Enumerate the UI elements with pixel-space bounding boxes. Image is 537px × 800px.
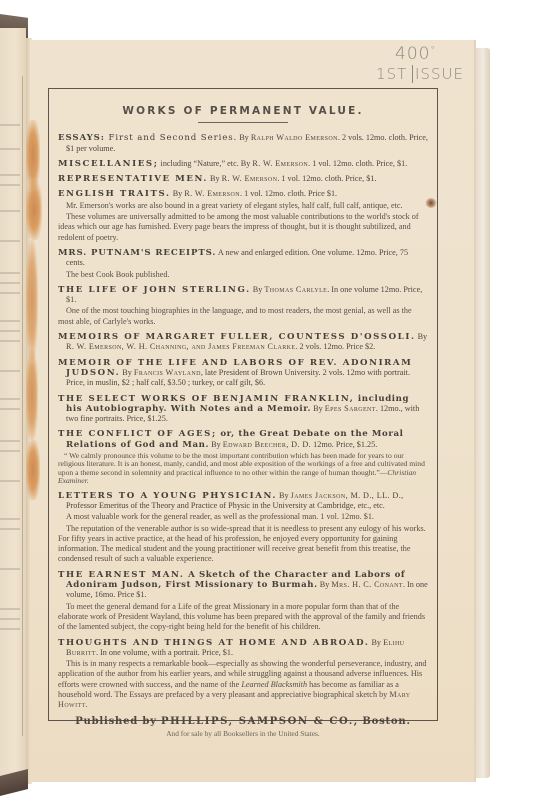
- page-title: WORKS OF PERMANENT VALUE.: [58, 106, 428, 116]
- entry-note: Mr. Emerson's works are also bound in a …: [58, 201, 428, 211]
- facing-text-fragment: [0, 320, 20, 322]
- entry-head: MEMOIR OF THE LIFE AND LABORS OF REV. AD…: [58, 358, 428, 389]
- facing-text-fragment: [0, 148, 20, 150]
- entry-head: REPRESENTATIVE MEN. By R. W. Emerson. 1 …: [58, 174, 428, 184]
- facing-text-fragment: [0, 408, 20, 410]
- entry-by: By: [208, 174, 222, 183]
- facing-text-fragment: [0, 440, 20, 442]
- facing-text-fragment: [0, 618, 20, 620]
- facing-text-fragment: [0, 608, 20, 610]
- facing-text-fragment: [0, 370, 20, 372]
- entry-head: THE LIFE OF JOHN STERLING. By Thomas Car…: [58, 285, 428, 306]
- gutter-stain: [26, 440, 40, 500]
- book-entry: THE SELECT WORKS OF BENJAMIN FRANKLIN, i…: [58, 394, 428, 425]
- entry-author: R. W. Emerson, W. H. Channing, and James…: [66, 342, 295, 351]
- facing-page-border: [22, 76, 23, 736]
- pencil-price-suffix: °: [430, 45, 436, 55]
- entry-head: THE SELECT WORKS OF BENJAMIN FRANKLIN, i…: [58, 394, 428, 425]
- entry-head: ESSAYS: First and Second Series. By Ralp…: [58, 133, 428, 154]
- entry-by: By: [311, 404, 325, 413]
- facing-text-fragment: [0, 174, 20, 176]
- book-entry: ESSAYS: First and Second Series. By Ralp…: [58, 133, 428, 154]
- entry-heading: MISCELLANIES;: [58, 159, 159, 169]
- entry-author: Ralph Waldo Emerson: [251, 133, 338, 142]
- entry-by: By: [209, 440, 223, 449]
- facing-text-fragment: [0, 480, 20, 482]
- entry-by: By: [120, 368, 134, 377]
- entry-author: R. W. Emerson: [222, 174, 278, 183]
- facing-text-fragment: [0, 330, 20, 332]
- entry-author: Edward Beecher, D. D.: [223, 440, 311, 449]
- entry-details: . 1 vol. 12mo. cloth. Price $1.: [240, 189, 337, 198]
- entry-head: THE EARNEST MAN. A Sketch of the Charact…: [58, 570, 428, 601]
- book-entry: THE CONFLICT OF AGES; or, the Great Deba…: [58, 429, 428, 485]
- book-entry: MISCELLANIES; including “Nature,” etc. B…: [58, 159, 428, 169]
- book-entry: REPRESENTATIVE MEN. By R. W. Emerson. 1 …: [58, 174, 428, 184]
- publisher-line: Published by PHILLIPS, SAMPSON & CO., Bo…: [58, 717, 428, 727]
- entry-heading: MEMOIRS OF MARGARET FULLER, COUNTESS D'O…: [58, 332, 416, 342]
- book-entry: MEMOIRS OF MARGARET FULLER, COUNTESS D'O…: [58, 332, 428, 353]
- entry-heading: MRS. PUTNAM'S RECEIPTS.: [58, 248, 216, 258]
- pencil-issue: ISSUE: [412, 65, 464, 83]
- entry-by: By: [251, 285, 265, 294]
- title-rule: [198, 122, 288, 123]
- publisher-prefix: Published by: [75, 716, 161, 727]
- facing-text-fragment: [0, 272, 20, 274]
- entry-head: ENGLISH TRAITS. By R. W. Emerson. 1 vol.…: [58, 189, 428, 199]
- entry-details: . 2 vols. 12mo. Price $2.: [295, 342, 375, 351]
- entry-note: One of the most touching biographies in …: [58, 306, 428, 327]
- pencil-price-note: 400°: [395, 44, 436, 64]
- publisher-suffix: , Boston.: [354, 716, 411, 727]
- entry-head: MISCELLANIES; including “Nature,” etc. B…: [58, 159, 428, 169]
- review-quote: “ We calmly pronounce this volume to be …: [58, 452, 428, 486]
- entry-by: By: [416, 332, 428, 341]
- note-italic: Learned Blacksmith: [241, 680, 307, 689]
- entry-head: THE CONFLICT OF AGES; or, the Great Deba…: [58, 429, 428, 450]
- entry-by: By: [239, 159, 253, 168]
- entry-author: James Jackson, M. D., LL. D.: [291, 491, 402, 500]
- book-entry: MRS. PUTNAM'S RECEIPTS. A new and enlarg…: [58, 248, 428, 280]
- facing-text-fragment: [0, 240, 20, 242]
- entry-note: To meet the general demand for a Life of…: [58, 602, 428, 633]
- entry-heading: THE LIFE OF JOHN STERLING.: [58, 285, 251, 295]
- entry-details: . In one volume, with a portrait. Price,…: [96, 648, 233, 657]
- entry-head: MEMOIRS OF MARGARET FULLER, COUNTESS D'O…: [58, 332, 428, 353]
- facing-text-fragment: [0, 184, 20, 186]
- facing-page-edge: [0, 28, 26, 780]
- entry-by: By: [277, 491, 291, 500]
- gutter-stain: [26, 350, 38, 440]
- entry-author: R. W. Emerson: [184, 189, 240, 198]
- entry-author: Mrs. H. C. Conant: [331, 580, 403, 589]
- gutter-stain: [26, 240, 38, 360]
- entry-details: . 1 vol. 12mo. cloth. Price, $1.: [277, 174, 376, 183]
- entry-heading: THE EARNEST MAN.: [58, 570, 185, 580]
- entry-author: Epes Sargent: [325, 404, 376, 413]
- entry-by: By: [171, 189, 185, 198]
- facing-text-fragment: [0, 124, 20, 126]
- entry-author: R. W. Emerson: [252, 159, 308, 168]
- entry-note: A most valuable work for the general rea…: [58, 512, 428, 522]
- facing-text-fragment: [0, 628, 20, 630]
- entry-subtitle: First and Second Series.: [105, 133, 237, 143]
- book-entry: THE EARNEST MAN. A Sketch of the Charact…: [58, 570, 428, 633]
- entry-heading: REPRESENTATIVE MEN.: [58, 174, 208, 184]
- book-entry: THE LIFE OF JOHN STERLING. By Thomas Car…: [58, 285, 428, 327]
- facing-text-fragment: [0, 210, 20, 212]
- entry-note: This is in many respects a remarkable bo…: [58, 659, 428, 710]
- entry-heading: THE SELECT WORKS OF BENJAMIN FRANKLIN,: [58, 394, 354, 404]
- entry-heading: THOUGHTS AND THINGS AT HOME AND ABROAD.: [58, 638, 369, 648]
- entry-author: Thomas Carlyle: [264, 285, 327, 294]
- entry-author: Francis Wayland: [134, 368, 201, 377]
- entry-note: These volumes are universally admitted t…: [58, 212, 428, 243]
- note-text: .: [86, 700, 88, 709]
- entry-details: . 1 vol. 12mo. cloth. Price, $1.: [308, 159, 407, 168]
- facing-text-fragment: [0, 450, 20, 452]
- entry-details: 12mo. Price, $1.25.: [311, 440, 377, 449]
- entry-note: The best Cook Book published.: [58, 270, 428, 280]
- entry-head: MRS. PUTNAM'S RECEIPTS. A new and enlarg…: [58, 248, 428, 269]
- advertisement-content: WORKS OF PERMANENT VALUE. ESSAYS: First …: [58, 100, 428, 739]
- entry-head: THOUGHTS AND THINGS AT HOME AND ABROAD. …: [58, 638, 428, 659]
- gutter-stain: [26, 180, 42, 240]
- entry-heading: THE CONFLICT OF AGES;: [58, 429, 217, 439]
- page-block-edges: [476, 48, 490, 778]
- facing-text-fragment: [0, 398, 20, 400]
- facing-text-fragment: [0, 282, 20, 284]
- entry-head: LETTERS TO A YOUNG PHYSICIAN. By James J…: [58, 491, 428, 512]
- entry-heading: ESSAYS:: [58, 133, 105, 143]
- entry-by: By: [237, 133, 251, 142]
- book-entry: THOUGHTS AND THINGS AT HOME AND ABROAD. …: [58, 638, 428, 711]
- pencil-price: 400: [395, 44, 430, 64]
- book-entry: MEMOIR OF THE LIFE AND LABORS OF REV. AD…: [58, 358, 428, 389]
- facing-text-fragment: [0, 528, 20, 530]
- publisher-name: PHILLIPS, SAMPSON & CO.: [161, 716, 354, 727]
- entry-note: The reputation of the venerable author i…: [58, 524, 428, 565]
- entry-by: By: [369, 638, 383, 647]
- book-entry: LETTERS TO A YOUNG PHYSICIAN. By James J…: [58, 491, 428, 565]
- entry-heading: ENGLISH TRAITS.: [58, 189, 171, 199]
- facing-text-fragment: [0, 568, 20, 570]
- entry-heading: LETTERS TO A YOUNG PHYSICIAN.: [58, 491, 277, 501]
- facing-text-fragment: [0, 292, 20, 294]
- facing-text-fragment: [0, 340, 20, 342]
- facing-text-fragment: [0, 518, 20, 520]
- quote-text: “ We calmly pronounce this volume to be …: [58, 451, 425, 477]
- entry-subtitle: including “Nature,” etc.: [159, 159, 239, 168]
- entry-by: By: [318, 580, 332, 589]
- book-entry: ENGLISH TRAITS. By R. W. Emerson. 1 vol.…: [58, 189, 428, 242]
- sale-note: And for sale by all Booksellers in the U…: [58, 729, 428, 739]
- pencil-first: 1ST: [376, 65, 407, 83]
